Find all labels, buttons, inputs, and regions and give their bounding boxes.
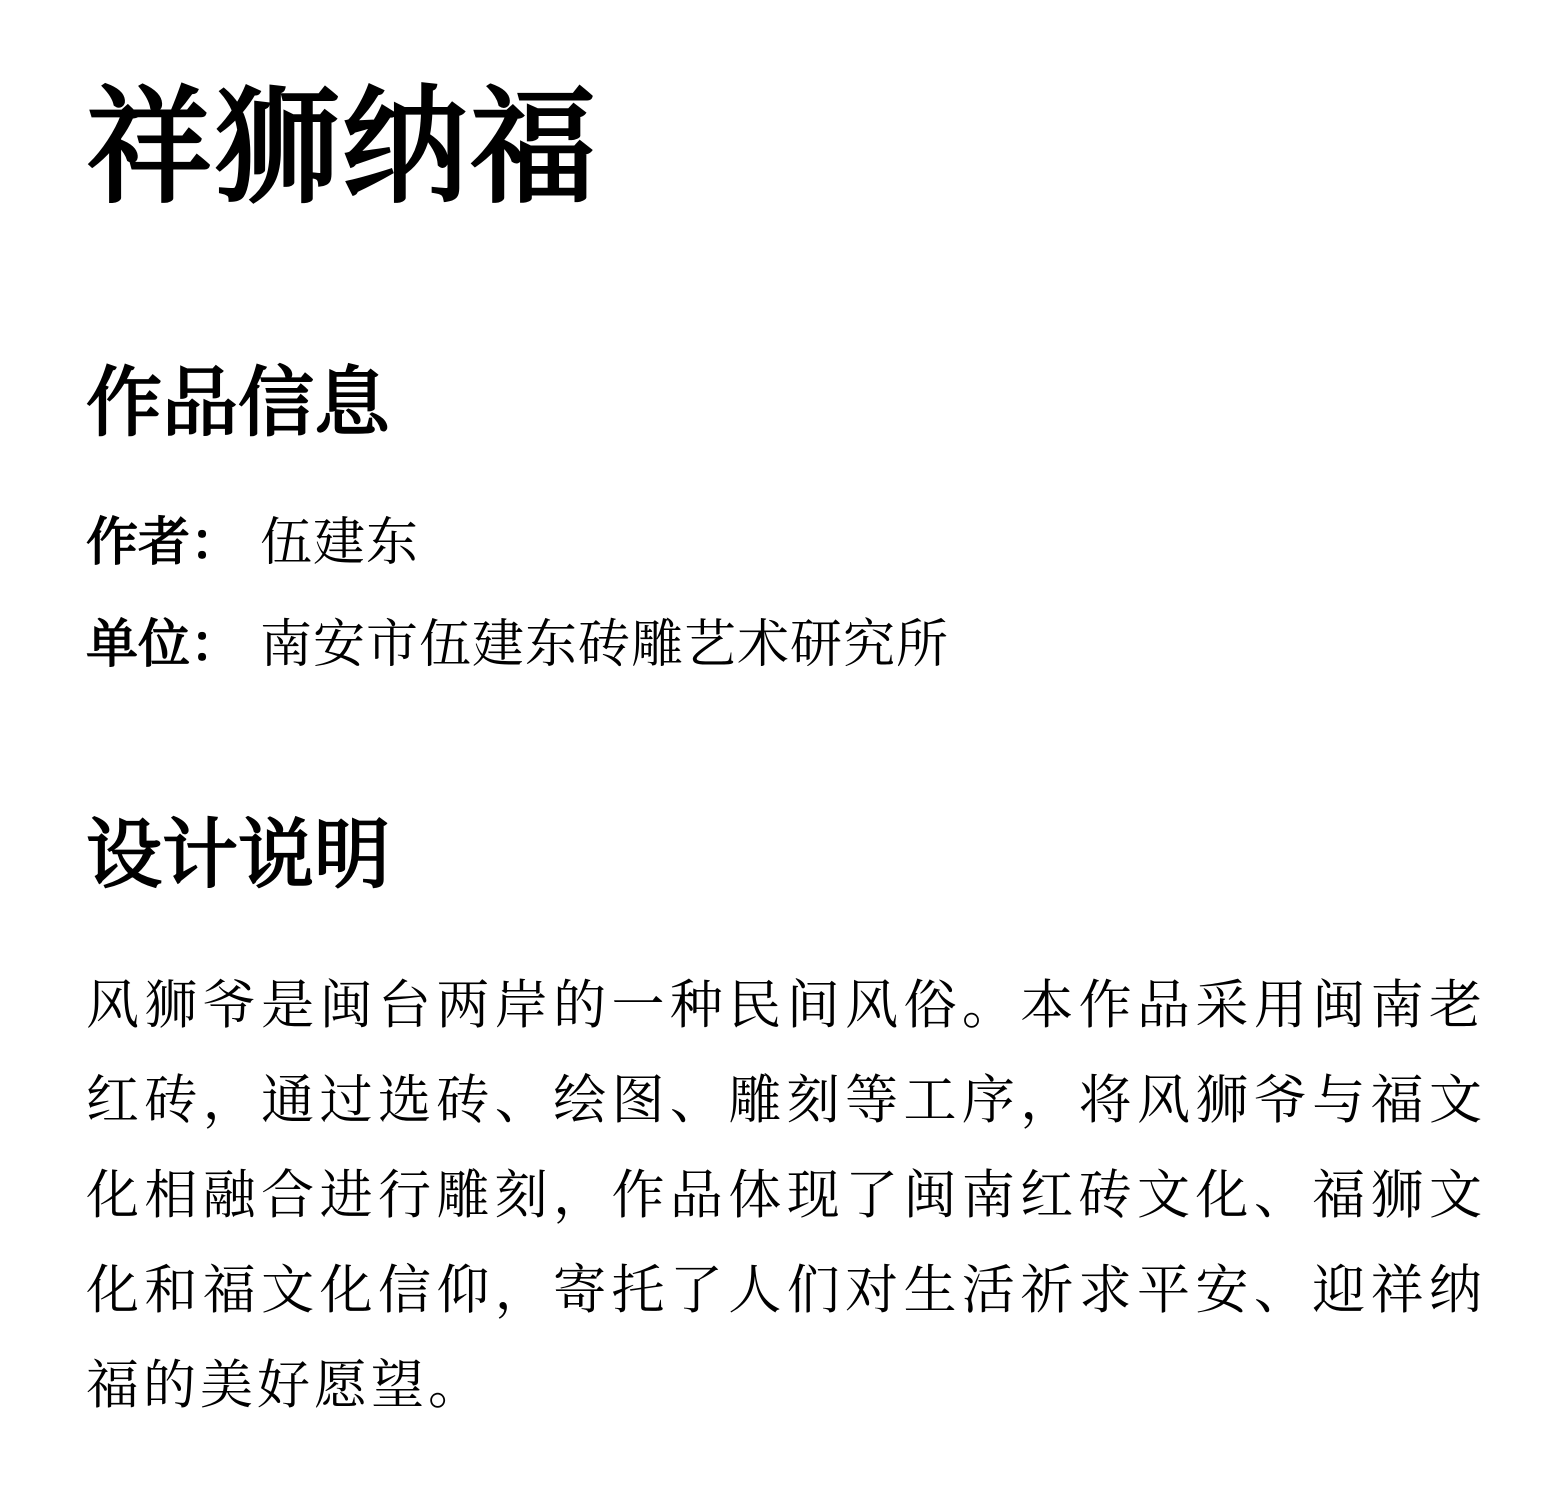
design-description-text: 风狮爷是闽台两岸的一种民间风俗。本作品采用闽南老红砖，通过选砖、绘图、雕刻等工序… [86,958,1486,1433]
unit-label: 单位： [86,612,260,678]
unit-value: 南安市伍建东砖雕艺术研究所 [260,612,949,678]
author-row: 作者： 伍建东 [86,510,419,576]
design-description-heading: 设计说明 [86,810,390,900]
author-value: 伍建东 [260,510,419,576]
work-info-heading: 作品信息 [86,358,390,448]
unit-row: 单位： 南安市伍建东砖雕艺术研究所 [86,612,949,678]
author-label: 作者： [86,510,260,576]
page-title: 祥狮纳福 [86,78,598,218]
